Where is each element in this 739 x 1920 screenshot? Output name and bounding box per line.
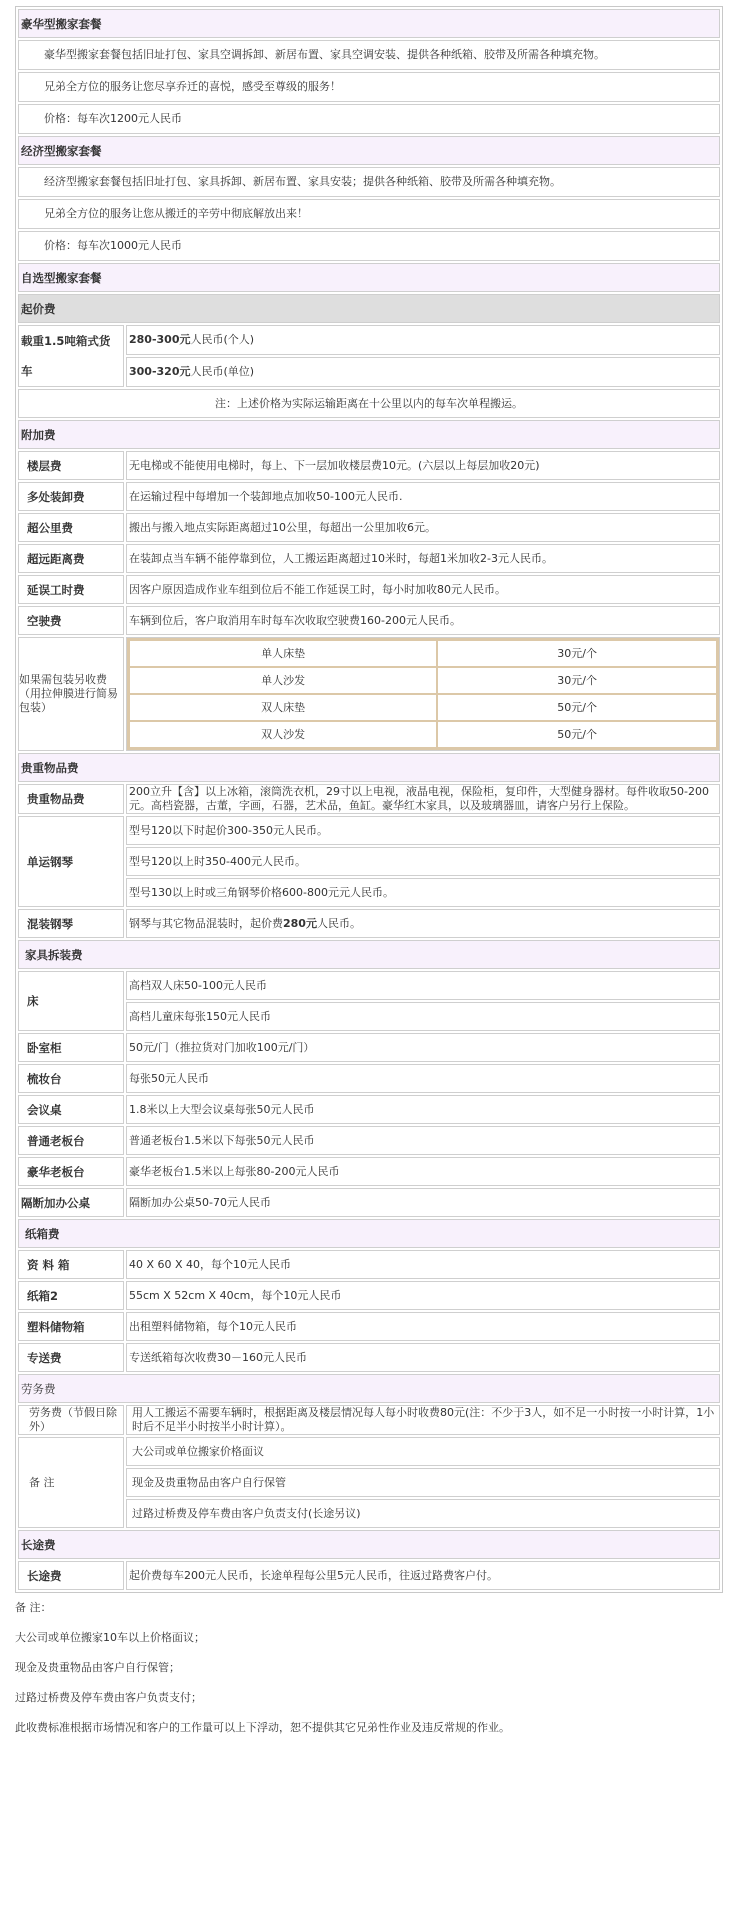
furniture-row: 梳妆台每张50元人民币 (18, 1064, 720, 1093)
fee-value: 豪华老板台1.5米以上每张80-200元人民币 (126, 1157, 720, 1186)
fee-value: 每张50元人民币 (126, 1064, 720, 1093)
fee-value: 1.8米以上大型会议桌每张50元人民币 (126, 1095, 720, 1124)
base-fee-note: 注：上述价格为实际运输距离在十公里以内的每车次单程搬运。 (18, 389, 720, 418)
box-row: 纸箱255cm X 52cm X 40cm，每个10元人民币 (18, 1281, 720, 1310)
valuables-label: 贵重物品费 (18, 784, 124, 814)
section-custom-title: 自选型搬家套餐 (18, 263, 720, 292)
extra-fee-row: 超公里费搬出与搬入地点实际距离超过10公里，每超出一公里加收6元。 (18, 513, 720, 542)
long-distance-label: 长途费 (18, 1561, 124, 1590)
note-line: 现金及贵重物品由客户自行保管； (15, 1661, 739, 1675)
base-fee-unit: 人民币(单位) (191, 365, 255, 378)
fee-label: 超公里费 (18, 513, 124, 542)
luxury-slogan: 兄弟全方位的服务让您尽享乔迁的喜悦，感受至尊级的服务！ (18, 72, 720, 102)
fee-label: 隔断加办公桌 (18, 1188, 124, 1217)
fee-value: 50元/门（推拉货对门加收100元/门） (126, 1033, 720, 1062)
fee-label: 普通老板台 (18, 1126, 124, 1155)
fee-label: 超远距离费 (18, 544, 124, 573)
fee-value: 在运输过程中每增加一个装卸地点加收50-100元人民币. (126, 482, 720, 511)
bed-price-row: 高档儿童床每张150元人民币 (126, 1002, 720, 1031)
base-fee-amount: 280-300元 (129, 333, 191, 346)
fee-value: 普通老板台1.5米以下每张50元人民币 (126, 1126, 720, 1155)
fee-label: 空驶费 (18, 606, 124, 635)
furniture-row: 隔断加办公桌隔断加办公桌50-70元人民币 (18, 1188, 720, 1217)
base-fee-row: 280-300元人民币(个人) (126, 325, 720, 355)
fee-label: 专送费 (18, 1343, 124, 1372)
packaging-table: 单人床垫30元/个 单人沙发30元/个 双人床垫50元/个 双人沙发50元/个 (127, 638, 719, 750)
base-fee-row: 300-320元人民币(单位) (126, 357, 720, 387)
packaging-price: 50元/个 (437, 694, 717, 721)
fee-label: 塑料储物箱 (18, 1312, 124, 1341)
fee-label: 楼层费 (18, 451, 124, 480)
extra-fee-row: 超远距离费在装卸点当车辆不能停靠到位，人工搬运距离超过10米时，每超1米加收2-… (18, 544, 720, 573)
extra-fee-title: 附加费 (18, 420, 720, 449)
luxury-price: 价格：每车次1200元人民币 (18, 104, 720, 134)
packaging-row: 双人床垫50元/个 (129, 694, 718, 721)
economy-slogan: 兄弟全方位的服务让您从搬迁的辛劳中彻底解放出来！ (18, 199, 720, 229)
section-luxury-title: 豪华型搬家套餐 (18, 9, 720, 38)
furniture-row: 豪华老板台豪华老板台1.5米以上每张80-200元人民币 (18, 1157, 720, 1186)
pricing-table: 豪华型搬家套餐 豪华型搬家套餐包括旧址打包、家具空调拆卸、新居布置、家具空调安装… (15, 6, 723, 1593)
note-line: 大公司或单位搬家10车以上价格面议； (15, 1631, 739, 1645)
fee-value: 隔断加办公桌50-70元人民币 (126, 1188, 720, 1217)
packaging-item: 双人床垫 (129, 694, 438, 721)
notes-heading: 备 注： (15, 1601, 739, 1615)
long-distance-value: 起价费每车200元人民币，长途单程每公里5元人民币，往返过路费客户付。 (126, 1561, 720, 1590)
page-content: 豪华型搬家套餐 豪华型搬家套餐包括旧址打包、家具空调拆卸、新居布置、家具空调安装… (0, 0, 739, 1593)
packaging-row: 双人沙发50元/个 (129, 721, 718, 749)
remark-item: 过路过桥费及停车费由客户负责支付(长途另议) (126, 1499, 720, 1528)
mixed-piano-label: 混装钢琴 (18, 909, 124, 938)
valuables-value: 200立升【含】以上冰箱，滚筒洗衣机，29寸以上电视，液晶电视，保险柜，复印件，… (126, 784, 720, 814)
piano-price-row: 型号130以上时或三角钢琴价格600-800元元人民币。 (126, 878, 720, 907)
valuables-title: 贵重物品费 (18, 753, 720, 782)
fee-value: 出租塑料储物箱，每个10元人民币 (126, 1312, 720, 1341)
packaging-row: 单人沙发30元/个 (129, 667, 718, 694)
long-distance-title: 长途费 (18, 1530, 720, 1559)
packaging-item: 双人沙发 (129, 721, 438, 749)
section-economy-title: 经济型搬家套餐 (18, 136, 720, 165)
furniture-title: 家具拆装费 (18, 940, 720, 969)
packaging-item: 单人沙发 (129, 667, 438, 694)
packaging-row: 单人床垫30元/个 (129, 640, 718, 668)
fee-label: 会议桌 (18, 1095, 124, 1124)
mixed-piano-amount: 280元 (283, 917, 317, 930)
bed-label: 床 (18, 971, 124, 1031)
note-line: 此收费标准根据市场情况和客户的工作量可以上下浮动，恕不提供其它兄弟性作业及违反常… (15, 1721, 739, 1735)
fee-label: 资 料 箱 (18, 1250, 124, 1279)
luxury-description: 豪华型搬家套餐包括旧址打包、家具空调拆卸、新居布置、家具空调安装、提供各种纸箱、… (18, 40, 720, 70)
packaging-cell: 单人床垫30元/个 单人沙发30元/个 双人床垫50元/个 双人沙发50元/个 (126, 637, 720, 751)
packaging-price: 30元/个 (437, 640, 717, 668)
mixed-piano-value: 钢琴与其它物品混装时，起价费280元人民币。 (126, 909, 720, 938)
fee-label: 梳妆台 (18, 1064, 124, 1093)
box-row: 塑料储物箱出租塑料储物箱，每个10元人民币 (18, 1312, 720, 1341)
extra-fee-row: 多处装卸费在运输过程中每增加一个装卸地点加收50-100元人民币. (18, 482, 720, 511)
economy-description: 经济型搬家套餐包括旧址打包、家具拆卸、新居布置、家具安装；提供各种纸箱、胶带及所… (18, 167, 720, 197)
fee-label: 多处装卸费 (18, 482, 124, 511)
extra-fee-row: 空驶费车辆到位后，客户取消用车时每车次收取空驶费160-200元人民币。 (18, 606, 720, 635)
remark-item: 大公司或单位搬家价格面议 (126, 1437, 720, 1466)
labor-title: 劳务费 (18, 1374, 720, 1403)
base-fee-title: 起价费 (18, 294, 720, 323)
piano-label: 单运钢琴 (18, 816, 124, 907)
vehicle-label: 载重1.5吨箱式货车 (18, 325, 124, 387)
base-fee-amount: 300-320元 (129, 365, 191, 378)
packaging-price: 30元/个 (437, 667, 717, 694)
fee-value: 车辆到位后，客户取消用车时每车次收取空驶费160-200元人民币。 (126, 606, 720, 635)
fee-label: 纸箱2 (18, 1281, 124, 1310)
box-row: 专送费专送纸箱每次收费30－160元人民币 (18, 1343, 720, 1372)
furniture-row: 卧室柜50元/门（推拉货对门加收100元/门） (18, 1033, 720, 1062)
fee-value: 55cm X 52cm X 40cm，每个10元人民币 (126, 1281, 720, 1310)
piano-price-row: 型号120以上时350-400元人民币。 (126, 847, 720, 876)
remark-label: 备 注 (18, 1437, 124, 1528)
fee-label: 豪华老板台 (18, 1157, 124, 1186)
mixed-piano-text: 钢琴与其它物品混装时，起价费 (129, 917, 283, 930)
fee-value: 在装卸点当车辆不能停靠到位，人工搬运距离超过10米时，每超1米加收2-3元人民币… (126, 544, 720, 573)
mixed-piano-unit: 人民币。 (317, 917, 361, 930)
furniture-row: 普通老板台普通老板台1.5米以下每张50元人民币 (18, 1126, 720, 1155)
furniture-row: 会议桌1.8米以上大型会议桌每张50元人民币 (18, 1095, 720, 1124)
note-line: 过路过桥费及停车费由客户负责支付； (15, 1691, 739, 1705)
packaging-price: 50元/个 (437, 721, 717, 749)
fee-value: 无电梯或不能使用电梯时，每上、下一层加收楼层费10元。(六层以上每层加收20元) (126, 451, 720, 480)
labor-value: 用人工搬运不需要车辆时，根据距离及楼层情况每人每小时收费80元(注：不少于3人，… (126, 1405, 720, 1435)
fee-value: 搬出与搬入地点实际距离超过10公里，每超出一公里加收6元。 (126, 513, 720, 542)
packaging-item: 单人床垫 (129, 640, 438, 668)
footer-notes: 备 注： 大公司或单位搬家10车以上价格面议； 现金及贵重物品由客户自行保管； … (0, 1593, 739, 1735)
remark-item: 现金及贵重物品由客户自行保管 (126, 1468, 720, 1497)
bed-price-row: 高档双人床50-100元人民币 (126, 971, 720, 1000)
fee-label: 延误工时费 (18, 575, 124, 604)
box-row: 资 料 箱40 X 60 X 40，每个10元人民币 (18, 1250, 720, 1279)
extra-fee-row: 楼层费无电梯或不能使用电梯时，每上、下一层加收楼层费10元。(六层以上每层加收2… (18, 451, 720, 480)
boxes-title: 纸箱费 (18, 1219, 720, 1248)
labor-label: 劳务费（节假日除外） (18, 1405, 124, 1435)
fee-label: 卧室柜 (18, 1033, 124, 1062)
economy-price: 价格：每车次1000元人民币 (18, 231, 720, 261)
packaging-label: 如果需包装另收费（用拉伸膜进行简易包装） (18, 637, 124, 751)
fee-value: 因客户原因造成作业车组到位后不能工作延误工时，每小时加收80元人民币。 (126, 575, 720, 604)
fee-value: 专送纸箱每次收费30－160元人民币 (126, 1343, 720, 1372)
extra-fee-row: 延误工时费因客户原因造成作业车组到位后不能工作延误工时，每小时加收80元人民币。 (18, 575, 720, 604)
fee-value: 40 X 60 X 40，每个10元人民币 (126, 1250, 720, 1279)
base-fee-unit: 人民币(个人) (191, 333, 255, 346)
piano-price-row: 型号120以下时起价300-350元人民币。 (126, 816, 720, 845)
